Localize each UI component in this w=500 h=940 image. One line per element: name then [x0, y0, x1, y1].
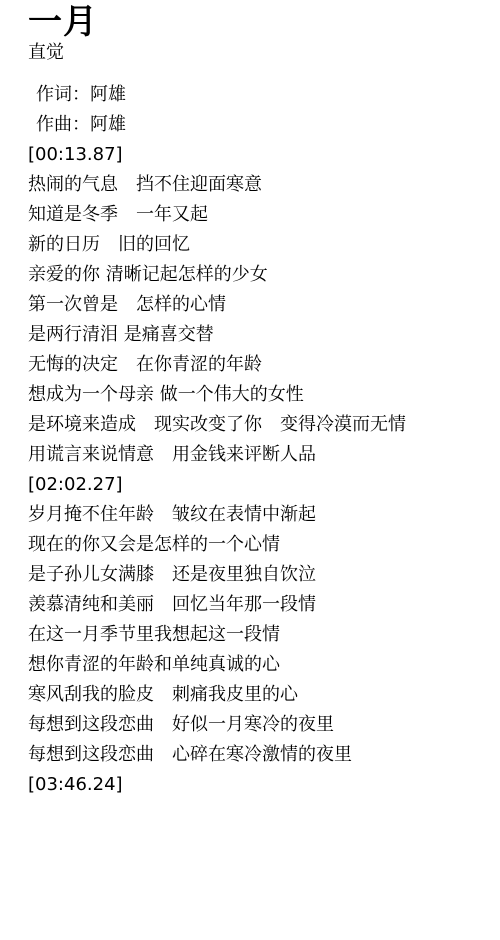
lyric-line: 是环境来造成 现实改变了你 变得冷漠而无情 — [28, 410, 480, 440]
lyric-line: 每想到这段恋曲 好似一月寒冷的夜里 — [28, 710, 480, 740]
lyricist-line: 作词：阿雄 — [28, 80, 480, 110]
lyric-line: 岁月掩不住年龄 皱纹在表情中渐起 — [28, 500, 480, 530]
lyric-line: 想你青涩的年龄和单纯真诚的心 — [28, 650, 480, 680]
lyric-line: 用谎言来说情意 用金钱来评断人品 — [28, 440, 480, 470]
lyric-line: 第一次曾是 怎样的心情 — [28, 290, 480, 320]
song-title: 一月 — [28, 2, 480, 42]
lyric-line: 新的日历 旧的回忆 — [28, 230, 480, 260]
lyric-line: 是子孙儿女满膝 还是夜里独自饮泣 — [28, 560, 480, 590]
lyric-line: 每想到这段恋曲 心碎在寒冷激情的夜里 — [28, 740, 480, 770]
lyric-line: 羡慕清纯和美丽 回忆当年那一段情 — [28, 590, 480, 620]
song-subtitle: 直觉 — [28, 42, 480, 64]
timestamp-line: [00:13.87] — [28, 140, 480, 170]
lyric-line: 知道是冬季 一年又起 — [28, 200, 480, 230]
lyric-line: 寒风刮我的脸皮 刺痛我皮里的心 — [28, 680, 480, 710]
lyric-line: 无悔的决定 在你青涩的年龄 — [28, 350, 480, 380]
lyrics-list: [00:13.87]热闹的气息 挡不住迎面寒意知道是冬季 一年又起新的日历 旧的… — [28, 140, 480, 800]
lyric-line: 亲爱的你 清晰记起怎样的少女 — [28, 260, 480, 290]
timestamp-line: [03:46.24] — [28, 770, 480, 800]
lyrics-page: 一月 直觉 作词：阿雄 作曲：阿雄 [00:13.87]热闹的气息 挡不住迎面寒… — [0, 0, 500, 800]
credits-block: 作词：阿雄 作曲：阿雄 — [28, 80, 480, 140]
lyric-line: 在这一月季节里我想起这一段情 — [28, 620, 480, 650]
lyric-line: 现在的你又会是怎样的一个心情 — [28, 530, 480, 560]
lyric-line: 想成为一个母亲 做一个伟大的女性 — [28, 380, 480, 410]
timestamp-line: [02:02.27] — [28, 470, 480, 500]
composer-line: 作曲：阿雄 — [28, 110, 480, 140]
lyric-line: 热闹的气息 挡不住迎面寒意 — [28, 170, 480, 200]
lyric-line: 是两行清泪 是痛喜交替 — [28, 320, 480, 350]
